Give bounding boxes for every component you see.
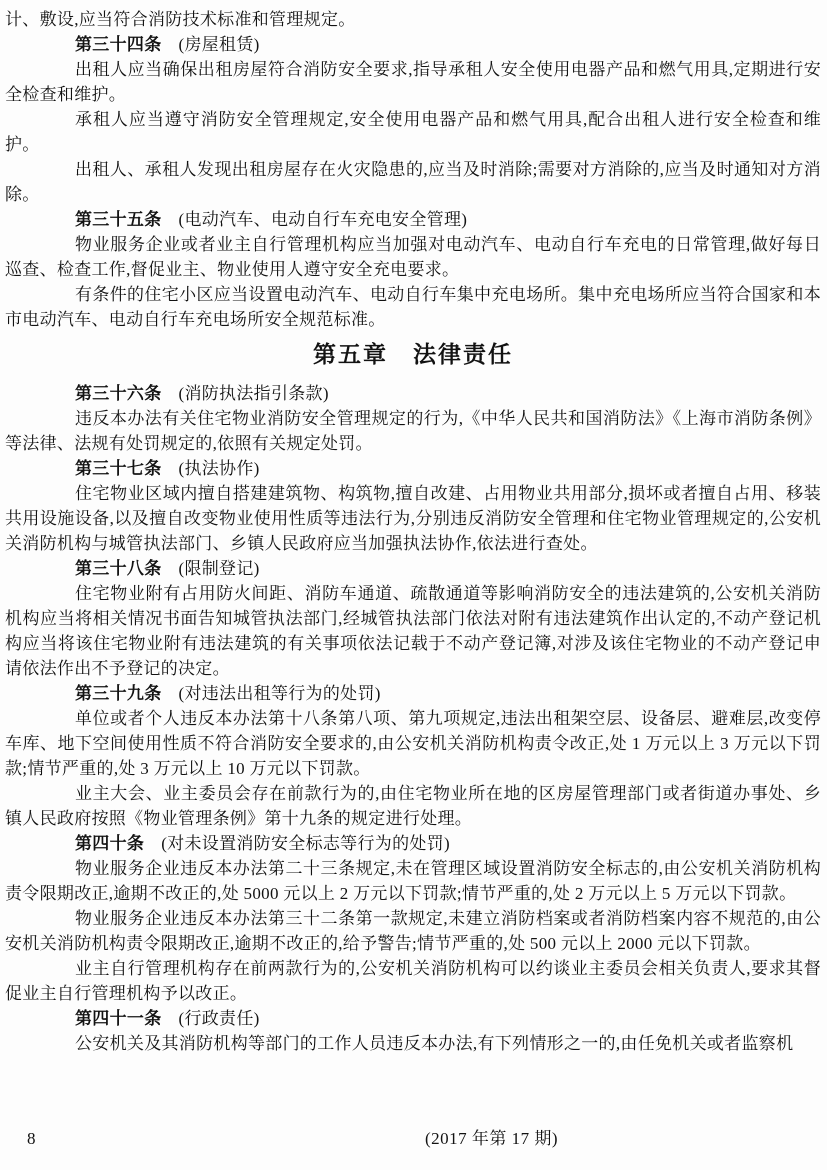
body-paragraph: 住宅物业区域内擅自搭建建筑物、构筑物,擅自改建、占用物业共用部分,损坏或者擅自占… (5, 481, 821, 556)
body-paragraph: 单位或者个人违反本办法第十八条第八项、第九项规定,违法出租架空层、设备层、避难层… (5, 706, 821, 781)
article-title: (消防执法指引条款) (179, 384, 329, 403)
body-paragraph: 出租人应当确保出租房屋符合消防安全要求,指导承租人安全使用电器产品和燃气用具,定… (5, 57, 821, 107)
article-number: 第三十六条 (75, 384, 162, 403)
body-paragraph: 承租人应当遵守消防安全管理规定,安全使用电器产品和燃气用具,配合出租人进行安全检… (5, 107, 821, 157)
continuation-paragraph: 计、敷设,应当符合消防技术标准和管理规定。 (5, 7, 821, 32)
article-heading: 第四十条(对未设置消防安全标志等行为的处罚) (5, 831, 821, 856)
article-title: (对未设置消防安全标志等行为的处罚) (161, 834, 450, 853)
article-number: 第三十四条 (75, 35, 162, 54)
body-paragraph: 物业服务企业违反本办法第二十三条规定,未在管理区域设置消防安全标志的,由公安机关… (5, 856, 821, 906)
article-heading: 第三十五条(电动汽车、电动自行车充电安全管理) (5, 207, 821, 232)
page-footer: 8 (2017 年第 17 期) (0, 1128, 827, 1154)
body-paragraph: 出租人、承租人发现出租房屋存在火灾隐患的,应当及时消除;需要对方消除的,应当及时… (5, 157, 821, 207)
article-number: 第三十五条 (75, 210, 162, 229)
article-number: 第三十九条 (75, 684, 162, 703)
article-number: 第三十八条 (75, 559, 162, 578)
page-number: 8 (27, 1128, 36, 1150)
body-paragraph: 业主大会、业主委员会存在前款行为的,由住宅物业所在地的区房屋管理部门或者街道办事… (5, 781, 821, 831)
article-title: (执法协作) (179, 459, 260, 478)
chapter-heading: 第五章 法律责任 (5, 340, 821, 370)
article-number: 第三十七条 (75, 459, 162, 478)
article-title: (对违法出租等行为的处罚) (179, 684, 381, 703)
body-paragraph: 违反本办法有关住宅物业消防安全管理规定的行为,《中华人民共和国消防法》《上海市消… (5, 406, 821, 456)
document-body: 计、敷设,应当符合消防技术标准和管理规定。第三十四条(房屋租赁)出租人应当确保出… (5, 7, 821, 1056)
article-title: (限制登记) (179, 559, 260, 578)
body-paragraph: 有条件的住宅小区应当设置电动汽车、电动自行车集中充电场所。集中充电场所应当符合国… (5, 282, 821, 332)
body-paragraph: 物业服务企业违反本办法第三十二条第一款规定,未建立消防档案或者消防档案内容不规范… (5, 906, 821, 956)
article-heading: 第三十九条(对违法出租等行为的处罚) (5, 681, 821, 706)
article-title: (电动汽车、电动自行车充电安全管理) (179, 210, 468, 229)
issue-label: (2017 年第 17 期) (425, 1128, 558, 1150)
article-number: 第四十一条 (75, 1009, 162, 1028)
document-page: 计、敷设,应当符合消防技术标准和管理规定。第三十四条(房屋租赁)出租人应当确保出… (0, 0, 827, 1170)
article-title: (行政责任) (179, 1009, 260, 1028)
article-heading: 第四十一条(行政责任) (5, 1006, 821, 1031)
article-heading: 第三十八条(限制登记) (5, 556, 821, 581)
article-heading: 第三十七条(执法协作) (5, 456, 821, 481)
body-paragraph: 业主自行管理机构存在前两款行为的,公安机关消防机构可以约谈业主委员会相关负责人,… (5, 956, 821, 1006)
article-title: (房屋租赁) (179, 35, 260, 54)
article-number: 第四十条 (75, 834, 144, 853)
body-paragraph: 物业服务企业或者业主自行管理机构应当加强对电动汽车、电动自行车充电的日常管理,做… (5, 232, 821, 282)
article-heading: 第三十六条(消防执法指引条款) (5, 381, 821, 406)
body-paragraph: 公安机关及其消防机构等部门的工作人员违反本办法,有下列情形之一的,由任免机关或者… (5, 1031, 821, 1056)
body-paragraph: 住宅物业附有占用防火间距、消防车通道、疏散通道等影响消防安全的违法建筑的,公安机… (5, 581, 821, 681)
article-heading: 第三十四条(房屋租赁) (5, 32, 821, 57)
